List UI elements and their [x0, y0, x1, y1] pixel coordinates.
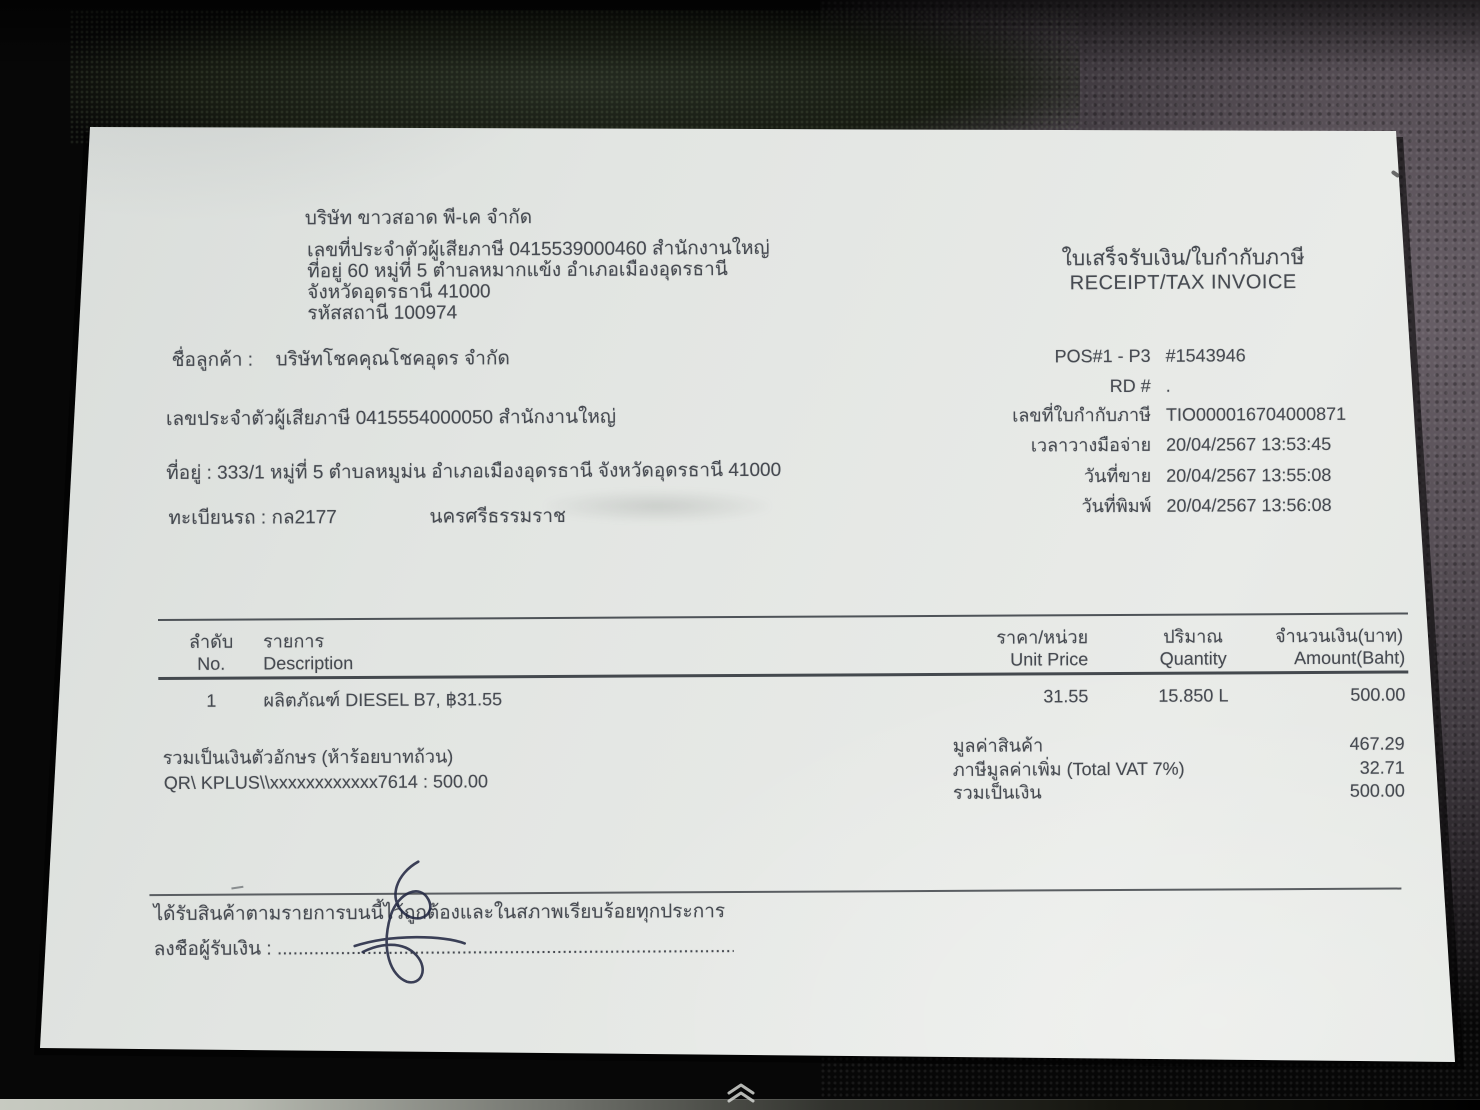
payment-method-line: QR\ KPLUS\\xxxxxxxxxxxx7614 : 500.00	[164, 771, 488, 794]
col-qty-en: Quantity	[1145, 648, 1241, 670]
seller-station-code: รหัสสถานี 100974	[307, 302, 457, 324]
customer-name-label: ชื่อลูกค้า :	[172, 350, 253, 371]
col-qty-th: ปริมาณ	[1145, 626, 1241, 648]
document-title: ใบเสร็จรับเงิน/ใบกำกับภาษี RECEIPT/TAX I…	[1028, 245, 1338, 296]
document-title-english: RECEIPT/TAX INVOICE	[1028, 270, 1338, 296]
item-description: ผลิตภัณฑ์ DIESEL B7, ฿31.55	[263, 689, 502, 711]
item-no: 1	[184, 691, 238, 712]
subtotal-value: 467.29	[1251, 734, 1405, 756]
double-chevron-up-icon[interactable]	[723, 1080, 759, 1104]
customer-name: บริษัทโชคคุณโชคอุดร จำกัด	[276, 348, 510, 370]
item-quantity: 15.850 L	[1145, 685, 1241, 707]
vehicle-province: นครศรีธรรมราช	[429, 506, 566, 528]
vat-label: ภาษีมูลค่าเพิ่ม (Total VAT 7%)	[953, 759, 1185, 781]
pos-number: #1543946	[1166, 345, 1246, 366]
document-title-thai: ใบเสร็จรับเงิน/ใบกำกับภาษี	[1028, 245, 1338, 272]
item-amount: 500.00	[1245, 685, 1405, 707]
col-unitprice-en: Unit Price	[940, 649, 1088, 671]
pos-label: POS#1 - P3	[849, 346, 1151, 369]
seller-address-line1: ที่อยู่ 60 หมู่ที่ 5 ตำบลหมากแข้ง อำเภอเ…	[307, 259, 728, 282]
col-amount-th: จำนวนเงิน(บาท)	[1243, 626, 1403, 648]
payment-time: 20/04/2567 13:53:45	[1166, 434, 1331, 456]
grand-total-label: รวมเป็นเงิน	[953, 782, 1042, 803]
tax-invoice-no-label: เลขที่ใบกำกับภาษี	[849, 405, 1151, 428]
footer-rule	[149, 888, 1401, 896]
col-unitprice-th: ราคา/หน่วย	[940, 627, 1088, 649]
seller-tax-id: เลขที่ประจำตัวผู้เสียภาษี 0415539000460 …	[307, 238, 770, 261]
payment-time-label: เวลาวางมือจ่าย	[849, 435, 1151, 458]
customer-tax-id: เลขประจำตัวผู้เสียภาษี 0415554000050 สำน…	[166, 407, 616, 430]
col-desc-th: รายการ	[263, 631, 324, 652]
vat-value: 32.71	[1251, 758, 1405, 780]
seller-address-line2: จังหวัดอุดรธานี 41000	[307, 281, 490, 303]
pen-mark	[231, 886, 243, 890]
table-top-rule	[158, 613, 1408, 622]
vehicle-registration: ทะเบียนรถ : กล2177	[168, 507, 336, 529]
rd-label: RD #	[849, 376, 1151, 399]
sale-date-label: วันที่ขาย	[849, 466, 1151, 489]
col-desc-en: Description	[263, 653, 353, 674]
photo-background: บริษัท ขาวสอาด พี-เค จำกัด เลขที่ประจำตั…	[0, 0, 1480, 1110]
col-amount-en: Amount(Baht)	[1243, 648, 1405, 670]
col-no-th: ลำดับ	[184, 632, 238, 653]
grand-total-value: 500.00	[1251, 781, 1405, 803]
amount-in-words: รวมเป็นเงินตัวอักษร (ห้าร้อยบาทถ้วน)	[163, 747, 454, 770]
seller-company-name: บริษัท ขาวสอาด พี-เค จำกัด	[305, 207, 532, 229]
print-date-label: วันที่พิมพ์	[849, 496, 1151, 519]
customer-address: ที่อยู่ : 333/1 หมู่ที่ 5 ตำบลหมูม่น อำเ…	[166, 460, 781, 484]
rd-value: .	[1166, 376, 1171, 397]
receipt-content: บริษัท ขาวสอาด พี-เค จำกัด เลขที่ประจำตั…	[0, 0, 1480, 1110]
sale-date: 20/04/2567 13:55:08	[1166, 465, 1331, 487]
tax-invoice-no: TIO000016704000871	[1166, 404, 1346, 426]
print-date: 20/04/2567 13:56:08	[1166, 495, 1331, 517]
col-no-en: No.	[184, 654, 238, 675]
item-unit-price: 31.55	[940, 686, 1088, 708]
handwritten-signature	[346, 857, 477, 993]
subtotal-label: มูลค่าสินค้า	[953, 735, 1044, 756]
